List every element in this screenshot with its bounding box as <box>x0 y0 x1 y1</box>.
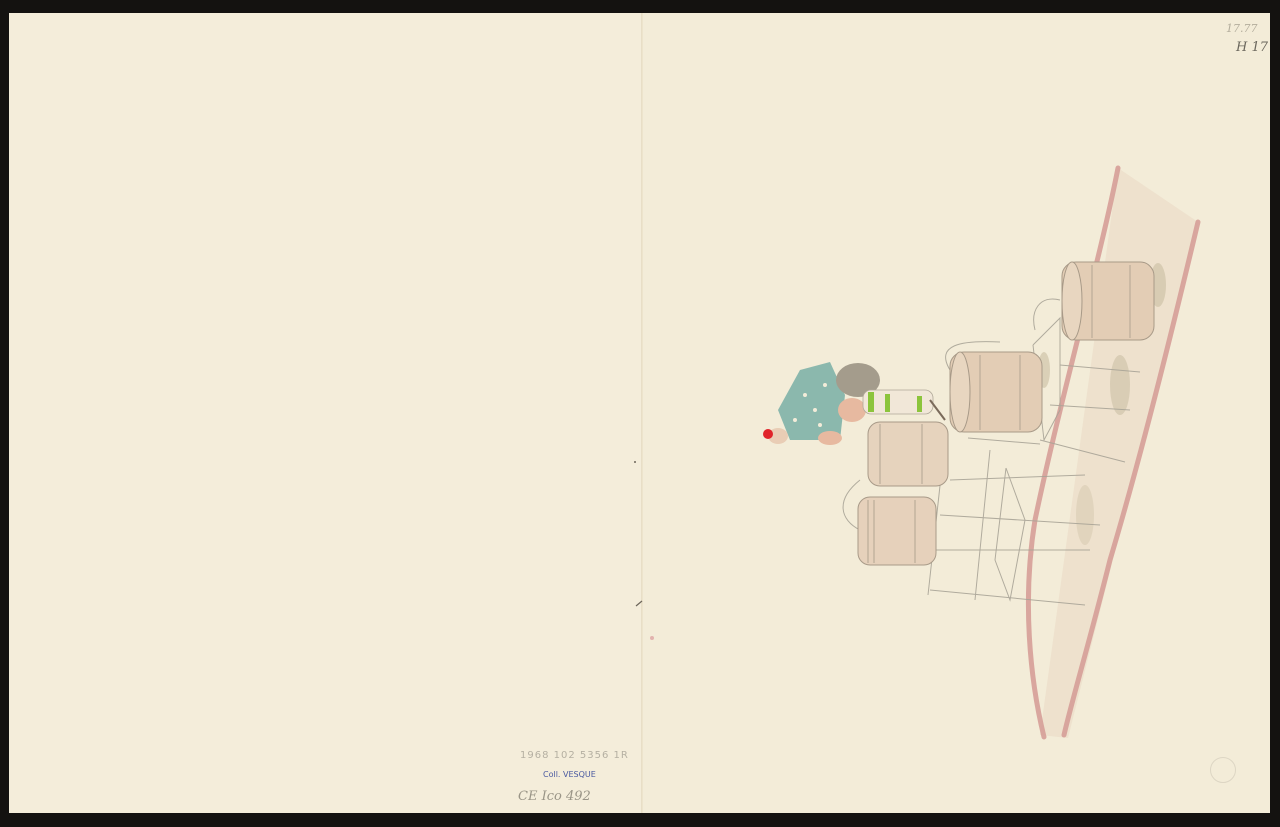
barrel-lower <box>868 422 948 486</box>
red-flower <box>763 429 773 439</box>
catalog-number: CE Ico 492 <box>518 789 591 804</box>
pencil-note-folio: H 17 <box>1236 40 1268 55</box>
pencil-note-faint: 17.77 <box>1226 22 1258 35</box>
floor-wash <box>1040 168 1198 738</box>
inventory-number: 1968 102 5356 1R <box>520 750 629 761</box>
barrel-bottom <box>858 497 936 565</box>
watercolor-illustration <box>0 0 1280 827</box>
barrel-middle <box>950 352 1042 432</box>
blind-stamp-circle <box>1210 757 1236 783</box>
barrel-top <box>1062 262 1154 340</box>
collection-stamp: Coll. VESQUE <box>543 770 596 779</box>
